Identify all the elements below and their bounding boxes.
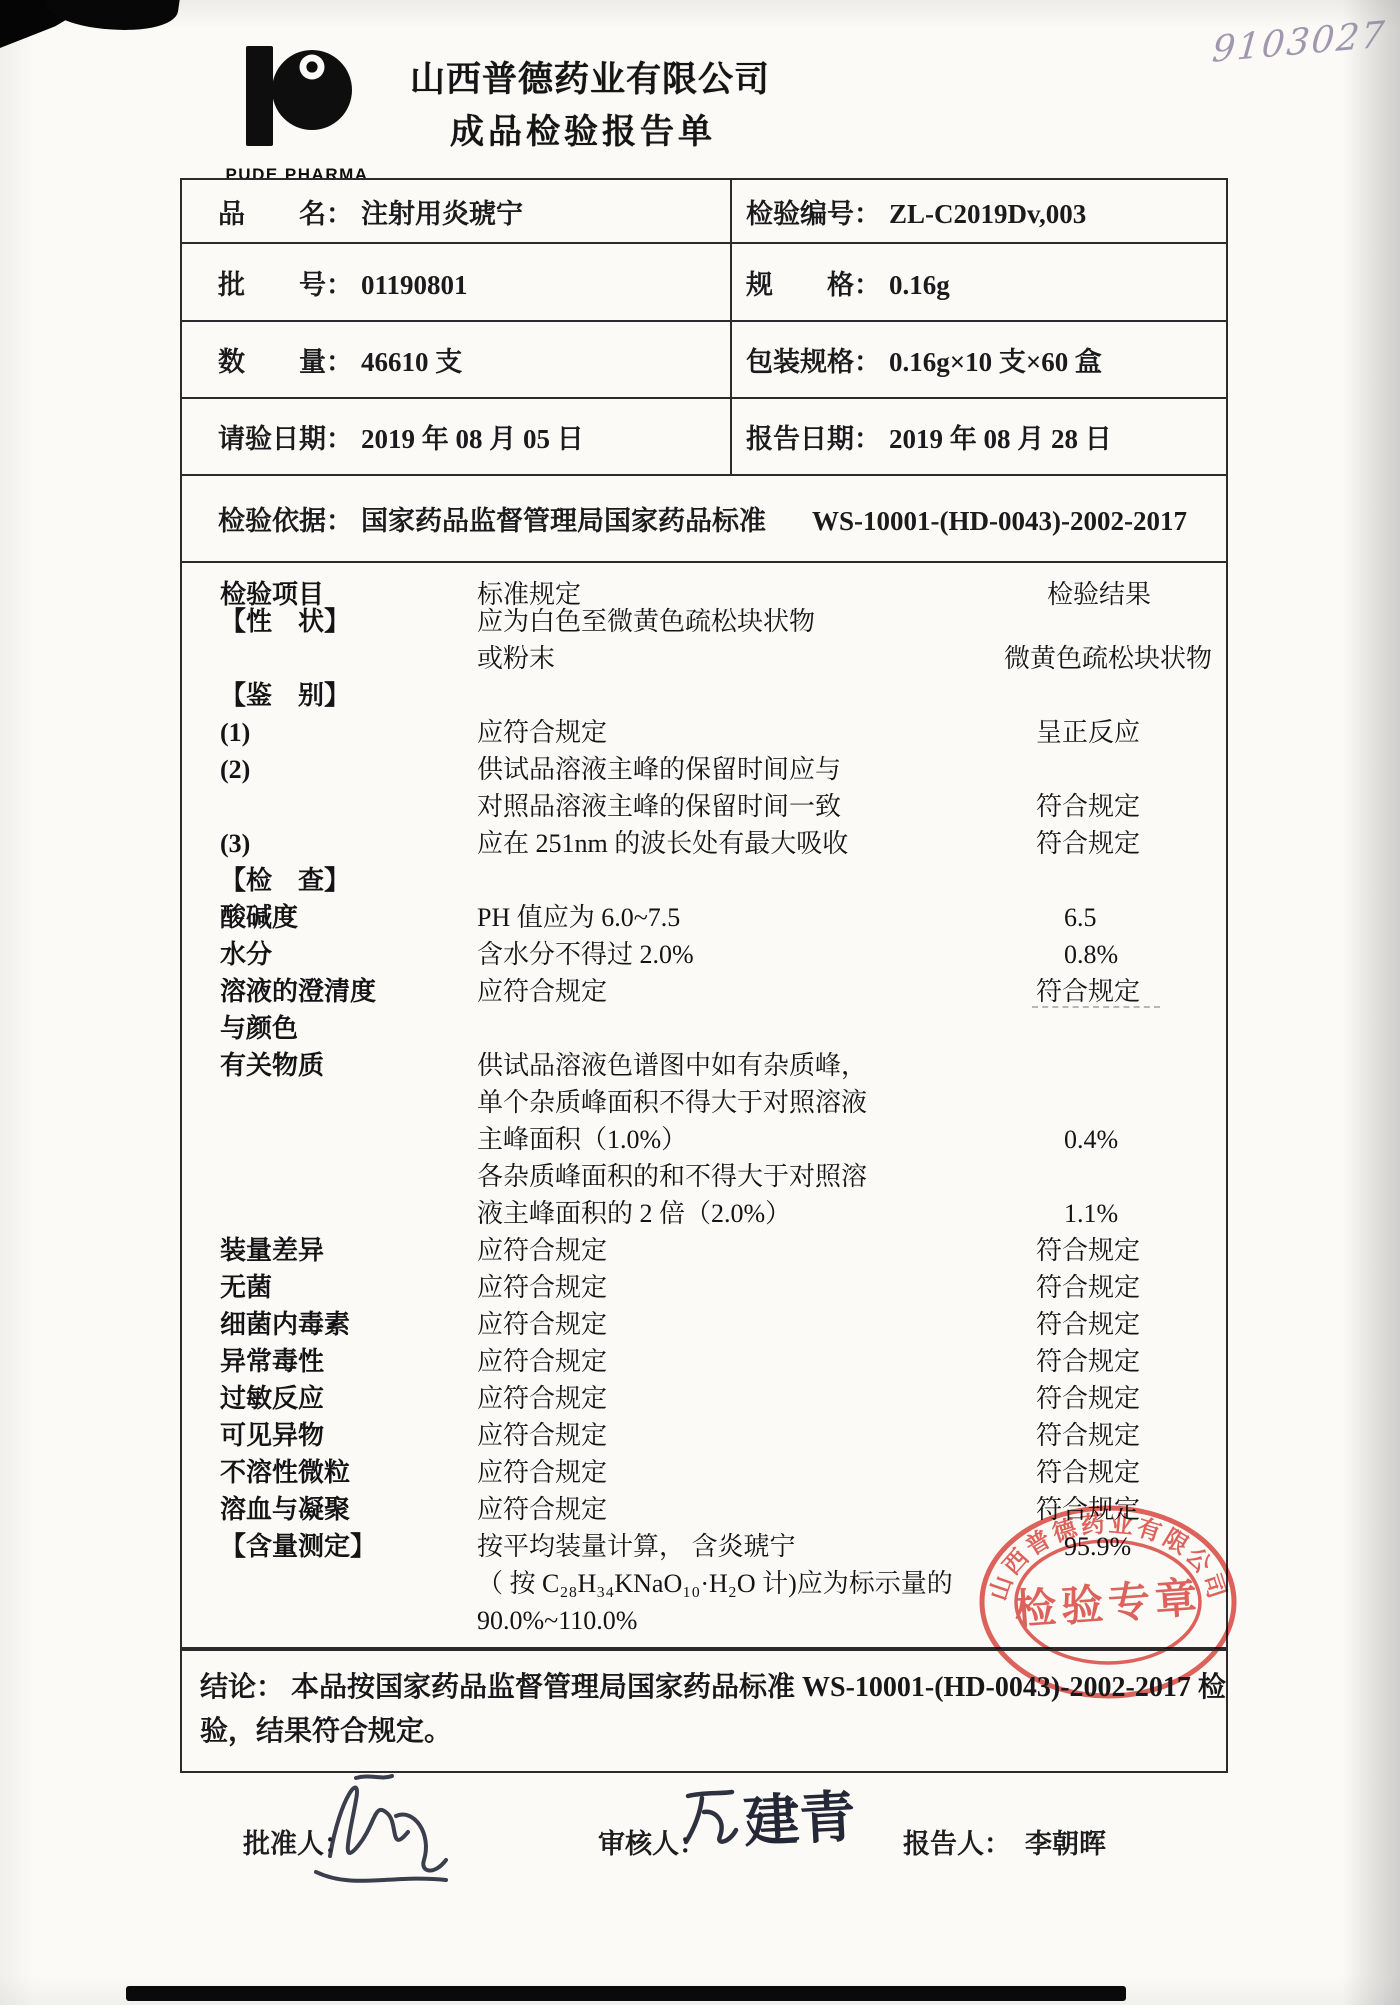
inspection-result-cell: 符合规定	[1002, 1380, 1226, 1417]
inspection-standard-cell	[477, 862, 1002, 899]
quantity-cell: 数 量：46610 支	[181, 321, 731, 398]
inspection-item-cell	[220, 640, 477, 677]
product-name-cell: 品 名：注射用炎琥宁	[181, 179, 731, 243]
inspection-result-cell: 0.4%	[1002, 1121, 1226, 1158]
info-row-quantity: 数 量：46610 支 包装规格：0.16g×10 支×60 盒	[181, 321, 1227, 398]
inspection-item-cell: 【性 状】	[220, 603, 477, 640]
inspection-result-cell: 符合规定	[1002, 1306, 1226, 1343]
pack-spec-cell: 包装规格：0.16g×10 支×60 盒	[731, 321, 1227, 398]
inspection-standard-cell: 应符合规定	[477, 1417, 1002, 1454]
inspection-table: 检验项目 标准规定 检验结果 【性 状】应为白色至微黄色疏松块状物或粉末微黄色疏…	[180, 561, 1228, 1649]
inspection-result-cell: 符合规定	[1002, 1232, 1226, 1269]
inspection-item-cell	[220, 1565, 477, 1602]
stamp-center-text: 检验专章	[1013, 1573, 1204, 1634]
inspection-rows: 【性 状】应为白色至微黄色疏松块状物或粉末微黄色疏松块状物【鉴 别】(1)应符合…	[182, 603, 1226, 1639]
handwritten-number-annotation: 9103027	[1211, 14, 1388, 71]
inspection-row: 过敏反应应符合规定符合规定	[182, 1380, 1226, 1417]
pude-pharma-logo: PUDE PHARMA	[222, 40, 372, 197]
reviewer-signature: 建青	[680, 1768, 890, 1868]
inspection-item-cell	[220, 1195, 477, 1232]
inspection-header-row: 检验项目 标准规定 检验结果	[182, 561, 1226, 603]
inspection-item-cell	[220, 1121, 477, 1158]
conclusion-box: 结论： 本品按国家药品监督管理局国家药品标准 WS-10001-(HD-0043…	[180, 1649, 1228, 1773]
approver-signature	[296, 1756, 476, 1896]
inspection-standard-cell: 应符合规定	[477, 1306, 1002, 1343]
inspection-row: 各杂质峰面积的和不得大于对照溶	[182, 1158, 1226, 1195]
request-date-cell: 请验日期：2019 年 08 月 05 日	[181, 398, 731, 475]
scan-artifact-bottom-bar	[126, 1986, 1126, 2001]
inspection-standard-cell: 供试品溶液色谱图中如有杂质峰，	[477, 1047, 1002, 1084]
inspection-item-cell: 有关物质	[220, 1047, 477, 1084]
inspection-item-cell	[220, 1602, 477, 1639]
conclusion-line-1: 结论： 本品按国家药品监督管理局国家药品标准 WS-10001-(HD-0043…	[200, 1666, 1210, 1710]
inspection-row: 装量差异应符合规定符合规定	[182, 1232, 1226, 1269]
inspection-standard-cell: 应符合规定	[477, 1232, 1002, 1269]
conclusion-line-2: 验，结果符合规定。	[200, 1710, 1210, 1754]
inspection-result-cell: 符合规定	[1002, 973, 1226, 1010]
inspection-row: 酸碱度PH 值应为 6.0~7.56.5	[182, 899, 1226, 936]
inspection-standard-cell: 应符合规定	[477, 973, 1002, 1010]
inspection-result-cell	[1002, 1158, 1226, 1195]
reviewer-signature-text: 建青	[742, 1787, 857, 1855]
inspection-standard-cell: 或粉末	[477, 640, 1002, 677]
inspection-result-cell	[1002, 603, 1226, 640]
company-title: 山西普德药业有限公司	[410, 52, 770, 102]
reporter-label: 报告人：李朝晖	[903, 1822, 1106, 1861]
basis-cell: 检验依据：国家药品监督管理局国家药品标准WS-10001-(HD-0043)-2…	[181, 475, 1227, 562]
inspection-row: 单个杂质峰面积不得大于对照溶液	[182, 1084, 1226, 1121]
inspection-item-cell: (1)	[220, 714, 477, 751]
inspection-standard-cell: 应符合规定	[477, 1269, 1002, 1306]
inspection-standard-cell: 应符合规定	[477, 1491, 1002, 1528]
info-row-batch: 批 号：01190801 规 格：0.16g	[181, 243, 1227, 321]
inspection-standard-cell: 对照品溶液主峰的保留时间一致	[477, 788, 1002, 825]
inspection-item-cell: 无菌	[220, 1269, 477, 1306]
inspection-result-cell: 0.8%	[1002, 936, 1226, 973]
inspection-result-cell	[1002, 1010, 1226, 1047]
inspection-standard-cell: 供试品溶液主峰的保留时间应与	[477, 751, 1002, 788]
inspection-result-cell	[1002, 862, 1226, 899]
inspection-row: 水分含水分不得过 2.0%0.8%	[182, 936, 1226, 973]
inspection-standard-cell: 应在 251nm 的波长处有最大吸收	[477, 825, 1002, 862]
inspection-item-cell: 与颜色	[220, 1010, 477, 1047]
inspection-standard-cell	[477, 1010, 1002, 1047]
inspection-standard-cell: （ 按 C₂₈H₃₄KNaO₁₀·H₂O 计)应为标示量的	[477, 1565, 1002, 1602]
inspection-row: 无菌应符合规定符合规定	[182, 1269, 1226, 1306]
inspection-result-cell: 符合规定	[1002, 1417, 1226, 1454]
inspection-row: 【检 查】	[182, 862, 1226, 899]
info-table: 品 名：注射用炎琥宁 检验编号：ZL-C2019Dv,003 批 号：01190…	[180, 178, 1228, 563]
batch-no-cell: 批 号：01190801	[181, 243, 731, 321]
inspection-item-cell: 溶液的澄清度	[220, 973, 477, 1010]
report-no-cell: 检验编号：ZL-C2019Dv,003	[731, 179, 1227, 243]
inspection-row: 主峰面积（1.0%）0.4%	[182, 1121, 1226, 1158]
inspection-standard-cell: 应符合规定	[477, 1380, 1002, 1417]
inspection-item-cell: 【鉴 别】	[220, 677, 477, 714]
inspection-item-cell: 【检 查】	[220, 862, 477, 899]
pude-logo-icon: PUDE PHARMA	[222, 40, 372, 192]
inspection-standard-cell: 单个杂质峰面积不得大于对照溶液	[477, 1084, 1002, 1121]
inspection-row: 异常毒性应符合规定符合规定	[182, 1343, 1226, 1380]
inspection-row: 或粉末微黄色疏松块状物	[182, 640, 1226, 677]
inspection-row: 与颜色	[182, 1010, 1226, 1047]
inspection-standard-cell: 含水分不得过 2.0%	[477, 936, 1002, 973]
inspection-standard-cell: 主峰面积（1.0%）	[477, 1121, 1002, 1158]
inspection-row: (3)应在 251nm 的波长处有最大吸收符合规定	[182, 825, 1226, 862]
inspection-result-cell: 符合规定	[1002, 1269, 1226, 1306]
inspection-row: 有关物质供试品溶液色谱图中如有杂质峰，	[182, 1047, 1226, 1084]
inspection-result-cell: 符合规定	[1002, 1454, 1226, 1491]
inspection-item-cell	[220, 788, 477, 825]
inspection-row: 【鉴 别】	[182, 677, 1226, 714]
inspection-result-cell	[1002, 1047, 1226, 1084]
inspection-standard-cell: 应符合规定	[477, 1454, 1002, 1491]
inspection-result-cell	[1002, 677, 1226, 714]
inspection-standard-cell: 应符合规定	[477, 1343, 1002, 1380]
inspection-item-cell: (3)	[220, 825, 477, 862]
info-row-product: 品 名：注射用炎琥宁 检验编号：ZL-C2019Dv,003	[181, 179, 1227, 243]
inspection-item-cell: 过敏反应	[220, 1380, 477, 1417]
inspection-item-cell: 可见异物	[220, 1417, 477, 1454]
inspection-row: 对照品溶液主峰的保留时间一致符合规定	[182, 788, 1226, 825]
inspection-item-cell: (2)	[220, 751, 477, 788]
inspection-result-cell: 符合规定	[1002, 788, 1226, 825]
inspection-row: 液主峰面积的 2 倍（2.0%）1.1%	[182, 1195, 1226, 1232]
inspection-item-cell: 异常毒性	[220, 1343, 477, 1380]
inspection-item-cell: 【含量测定】	[220, 1528, 477, 1565]
inspection-result-cell: 符合规定	[1002, 825, 1226, 862]
inspection-item-cell: 装量差异	[220, 1232, 477, 1269]
inspection-row: (2)供试品溶液主峰的保留时间应与	[182, 751, 1226, 788]
inspection-row: 不溶性微粒应符合规定符合规定	[182, 1454, 1226, 1491]
inspection-result-cell: 1.1%	[1002, 1195, 1226, 1232]
inspection-item-cell: 不溶性微粒	[220, 1454, 477, 1491]
inspection-result-cell: 6.5	[1002, 899, 1226, 936]
inspection-result-cell	[1002, 1084, 1226, 1121]
report-date-cell: 报告日期：2019 年 08 月 28 日	[731, 398, 1227, 475]
scanned-report-page: 9103027 PUDE PHARMA 山西普德药业有限公司 成品检验报告单 品…	[0, 0, 1400, 2005]
inspection-row: 细菌内毒素应符合规定符合规定	[182, 1306, 1226, 1343]
inspection-result-cell	[1002, 751, 1226, 788]
inspection-standard-cell: 液主峰面积的 2 倍（2.0%）	[477, 1195, 1002, 1232]
spec-cell: 规 格：0.16g	[731, 243, 1227, 321]
info-row-dates: 请验日期：2019 年 08 月 05 日 报告日期：2019 年 08 月 2…	[181, 398, 1227, 475]
inspection-standard-cell: 应为白色至微黄色疏松块状物	[477, 603, 1002, 640]
inspection-item-cell: 酸碱度	[220, 899, 477, 936]
inspection-standard-cell: 应符合规定	[477, 714, 1002, 751]
inspection-standard-cell	[477, 677, 1002, 714]
inspection-item-cell: 水分	[220, 936, 477, 973]
inspection-row: 溶液的澄清度应符合规定符合规定	[182, 973, 1226, 1010]
inspection-item-cell	[220, 1084, 477, 1121]
inspection-result-cell: 呈正反应	[1002, 714, 1226, 751]
info-row-basis: 检验依据：国家药品监督管理局国家药品标准WS-10001-(HD-0043)-2…	[181, 475, 1227, 562]
inspection-item-cell: 溶血与凝聚	[220, 1491, 477, 1528]
reporter-name: 李朝晖	[1025, 1829, 1106, 1859]
inspection-item-cell	[220, 1158, 477, 1195]
inspection-result-cell: 符合规定	[1002, 1343, 1226, 1380]
inspection-standard-cell: PH 值应为 6.0~7.5	[477, 899, 1002, 936]
inspection-standard-cell: 按平均装量计算， 含炎琥宁	[477, 1528, 1002, 1565]
inspection-standard-cell: 各杂质峰面积的和不得大于对照溶	[477, 1158, 1002, 1195]
inspection-row: (1)应符合规定呈正反应	[182, 714, 1226, 751]
inspection-item-cell: 细菌内毒素	[220, 1306, 477, 1343]
inspection-row: 【性 状】应为白色至微黄色疏松块状物	[182, 603, 1226, 640]
inspection-standard-cell: 90.0%~110.0%	[477, 1602, 1002, 1639]
scan-artifact-smudge	[43, 0, 180, 39]
document-title: 成品检验报告单	[450, 104, 716, 153]
inspection-result-cell: 微黄色疏松块状物	[1002, 640, 1226, 677]
inspection-row: 可见异物应符合规定符合规定	[182, 1417, 1226, 1454]
